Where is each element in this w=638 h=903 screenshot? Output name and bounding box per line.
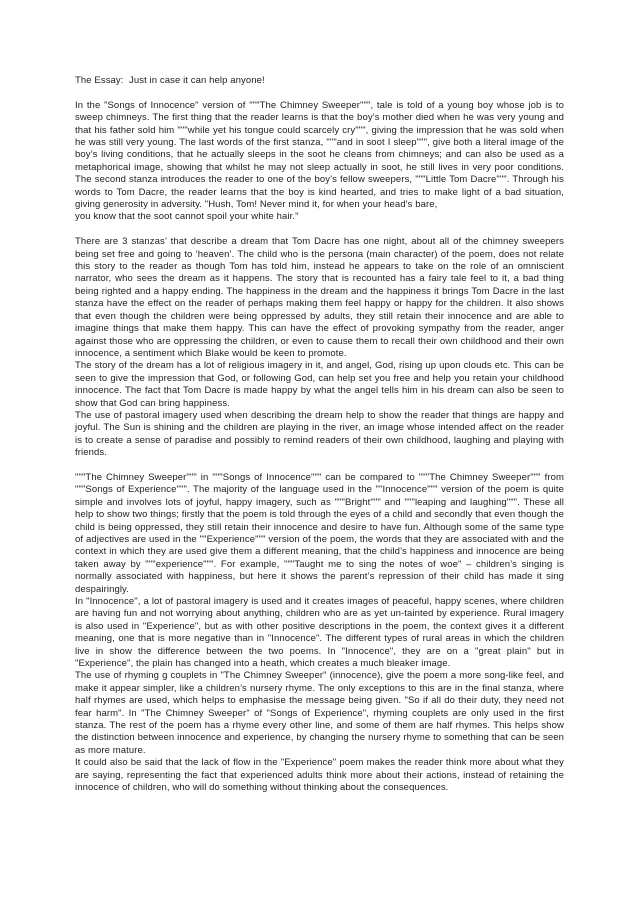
document-page: The Essay: Just in case it can help anyo… — [0, 0, 638, 903]
essay-paragraph-4: The use of pastoral imagery used when de… — [75, 410, 564, 460]
essay-paragraph-3: The story of the dream has a lot of reli… — [75, 360, 564, 410]
essay-title: The Essay: Just in case it can help anyo… — [75, 75, 564, 87]
essay-paragraph-2: There are 3 stanzas’ that describe a dre… — [75, 236, 564, 360]
essay-paragraph-5: """The Chimney Sweeper""" in """Songs of… — [75, 472, 564, 596]
essay-paragraph-6: In "Innocence", a lot of pastoral imager… — [75, 596, 564, 670]
essay-paragraph-1-quote-line: you know that the soot cannot spoil your… — [75, 211, 564, 223]
essay-document: The Essay: Just in case it can help anyo… — [75, 75, 564, 795]
essay-paragraph-1: In the "Songs of Innocence" version of "… — [75, 100, 564, 212]
essay-paragraph-7: The use of rhyming g couplets in "The Ch… — [75, 670, 564, 757]
essay-paragraph-8: It could also be said that the lack of f… — [75, 757, 564, 794]
